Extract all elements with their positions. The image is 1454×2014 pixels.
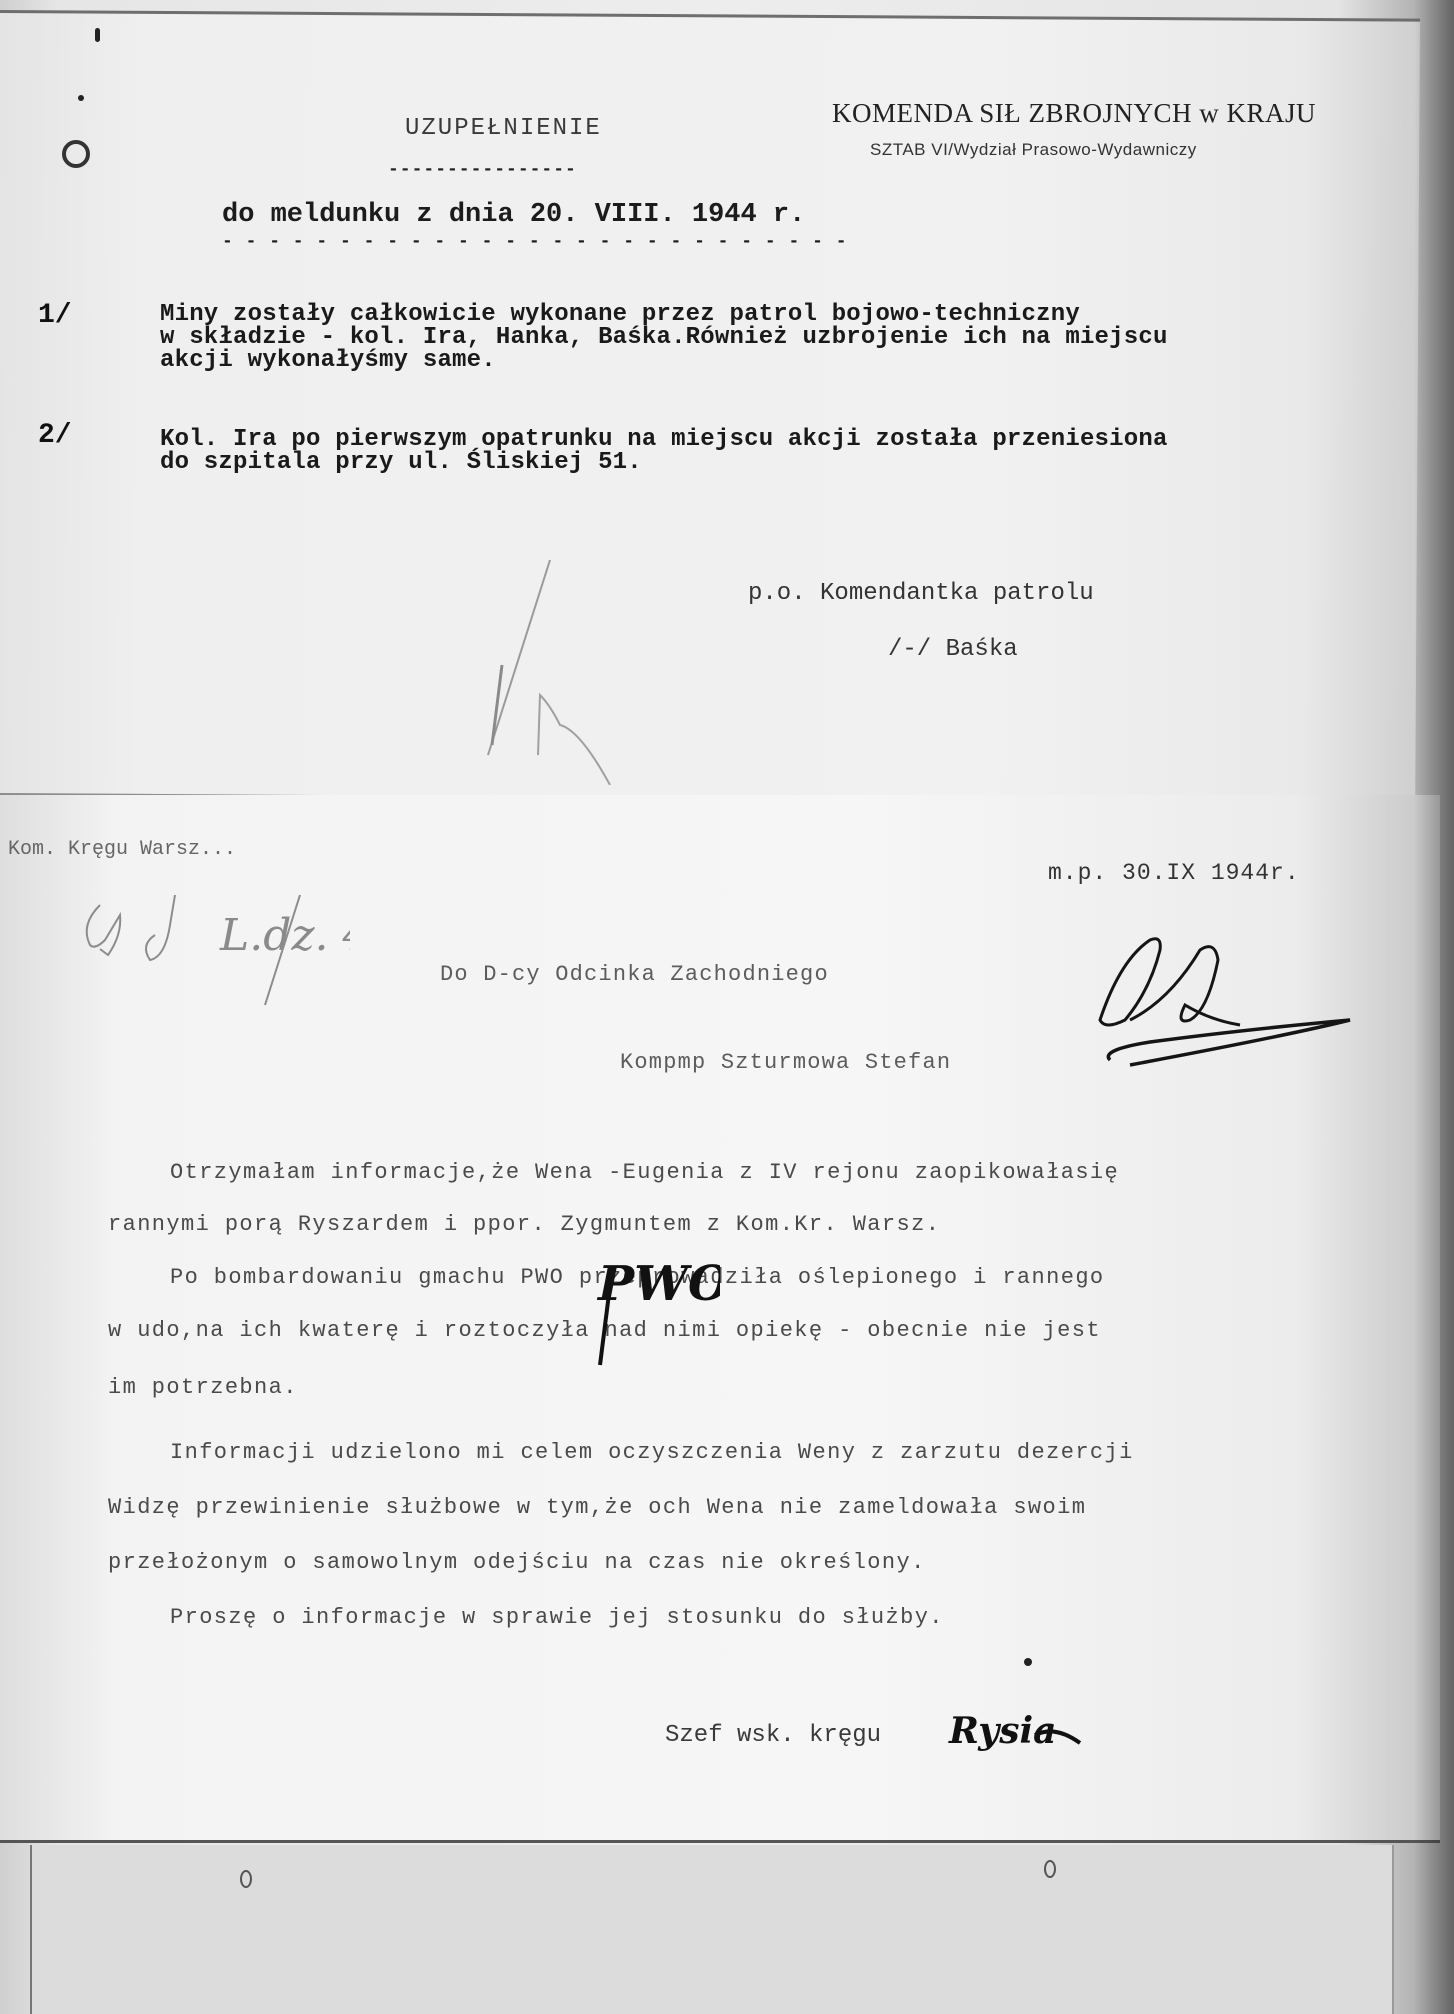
department-stamp: SZTAB VI/Wydział Prasowo-Wydawniczy — [870, 140, 1197, 160]
item-line: Kol. Ira po pierwszym opatrunku na miejs… — [160, 428, 1168, 451]
letter-paragraph-line: Informacji udzielono mi celem oczyszczen… — [170, 1440, 1134, 1465]
reference-underline: - - - - - - - - - - - - - - - - - - - - … — [222, 232, 848, 252]
item-line: w składzie - kol. Ira, Hanka, Baśka.Równ… — [160, 326, 1168, 349]
document-title: UZUPEŁNIENIE — [405, 115, 602, 142]
letter-sender: Kom. Kręgu Warsz... — [8, 838, 236, 861]
item-number: 2/ — [38, 420, 72, 451]
item-number: 1/ — [38, 300, 72, 331]
letter-paragraph-line: przełożonym o samowolnym odejściu na cza… — [108, 1550, 926, 1575]
punch-hole-mark — [62, 140, 90, 168]
signoff-title: Szef wsk. kręgu — [665, 1722, 881, 1749]
scan-speck — [1024, 1658, 1032, 1666]
supplement-sheet — [0, 10, 1420, 804]
scan-edge-shadow — [1414, 0, 1454, 2014]
letter-paragraph-line: Proszę o informacje w sprawie jej stosun… — [170, 1605, 944, 1630]
letter-paragraph-line: im potrzebna. — [108, 1375, 298, 1400]
report-reference: do meldunku z dnia 20. VIII. 1944 r. — [222, 200, 805, 230]
recipient-line-2: Kompmp Szturmowa Stefan — [620, 1050, 951, 1075]
item-line: do szpitala przy ul. Śliskiej 51. — [160, 451, 642, 474]
letter-paragraph-line: Widzę przewinienie służbowe w tym,że och… — [108, 1495, 1086, 1520]
item-line: Miny zostały całkowicie wykonane przez p… — [160, 303, 1080, 326]
letter-paragraph-line: w udo,na ich kwaterę i roztoczyła nad ni… — [108, 1318, 1101, 1343]
title-underline: ---------------- — [388, 160, 577, 180]
signatory-role: p.o. Komendantka patrolu — [748, 580, 1094, 607]
letter-paragraph-line: Otrzymałam informacje,że Wena -Eugenia z… — [170, 1160, 1119, 1185]
scan-speck — [78, 95, 84, 101]
punch-hole-mark — [1044, 1860, 1056, 1878]
recipient-line-1: Do D-cy Odcinka Zachodniego — [440, 962, 829, 987]
letter-place-date: m.p. 30.IX 1944r. — [1048, 860, 1300, 886]
letter-paragraph-line: rannymi porą Ryszardem i ppor. Zygmuntem… — [108, 1212, 940, 1237]
organization-stamp: KOMENDA SIŁ ZBROJNYCH w KRAJU — [832, 98, 1316, 129]
scan-speck — [95, 28, 100, 42]
punch-hole-mark — [240, 1870, 252, 1888]
item-line: akcji wykonałyśmy same. — [160, 349, 496, 372]
signatory-name: /-/ Baśka — [888, 636, 1018, 663]
underlying-sheet — [30, 1845, 1394, 2014]
letter-paragraph-line: Po bombardowaniu gmachu PWO przeprowadzi… — [170, 1265, 1105, 1290]
